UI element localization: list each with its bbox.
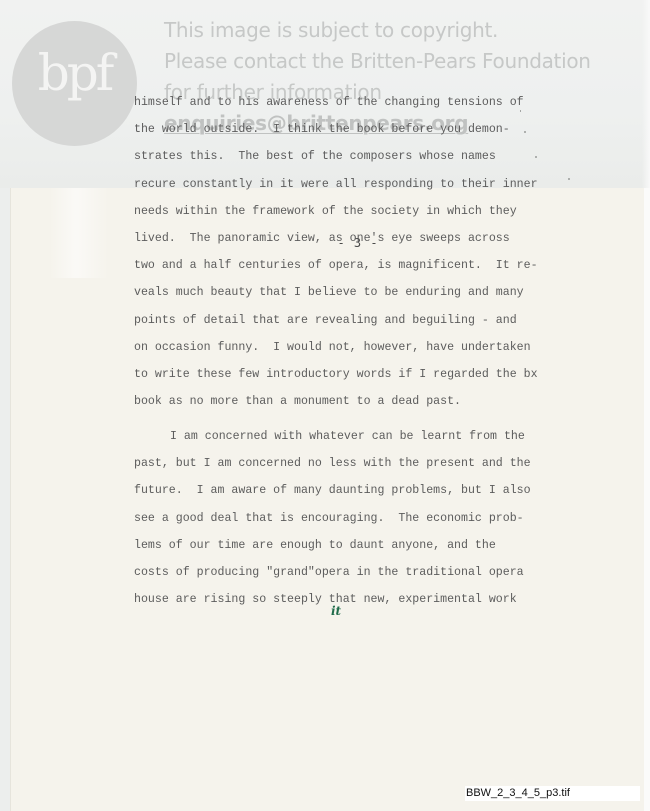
bpf-logo-text: bpf [12,43,137,103]
typed-line: to write these few introductory words if… [134,361,538,388]
typed-line: on occasion funny. I would not, however,… [134,334,538,361]
typed-line: needs within the framework of the societ… [134,198,538,225]
bpf-logo: bpf [12,21,137,146]
paragraph-2: I am concerned with whatever can be lear… [134,423,531,613]
typed-line: costs of producing "grand"opera in the t… [134,559,531,586]
typed-line: past, but I am concerned no less with th… [134,450,531,477]
copyright-line-2: Please contact the Britten-Pears Foundat… [164,46,591,77]
typed-line: veals much beauty that I believe to be e… [134,279,538,306]
scan-edge [642,0,650,188]
typed-line: two and a half centuries of opera, is ma… [134,252,538,279]
typed-line: I am concerned with whatever can be lear… [134,423,531,450]
typed-line: future. I am aware of many daunting prob… [134,477,531,504]
paragraph-1: himself and to his awareness of the chan… [134,89,538,415]
typed-line: himself and to his awareness of the chan… [134,89,538,116]
typed-line: lived. The panoramic view, as one's eye … [134,225,538,252]
filename-label: BBW_2_3_4_5_p3.tif [465,786,640,801]
copyright-line-1: This image is subject to copyright. [164,15,591,46]
typed-line: points of detail that are revealing and … [134,307,538,334]
typed-line: recure constantly in it were all respond… [134,171,538,198]
typed-line: lems of our time are enough to daunt any… [134,532,531,559]
handwritten-annotation: it [331,604,341,618]
paper-edge [644,188,650,811]
typed-line: book as no more than a monument to a dea… [134,388,538,415]
paper-fold-highlight [49,188,109,278]
typed-line: see a good deal that is encouraging. The… [134,505,531,532]
typed-line: strates this. The best of the composers … [134,143,538,170]
typed-line: the world outside. I think the book befo… [134,116,538,143]
